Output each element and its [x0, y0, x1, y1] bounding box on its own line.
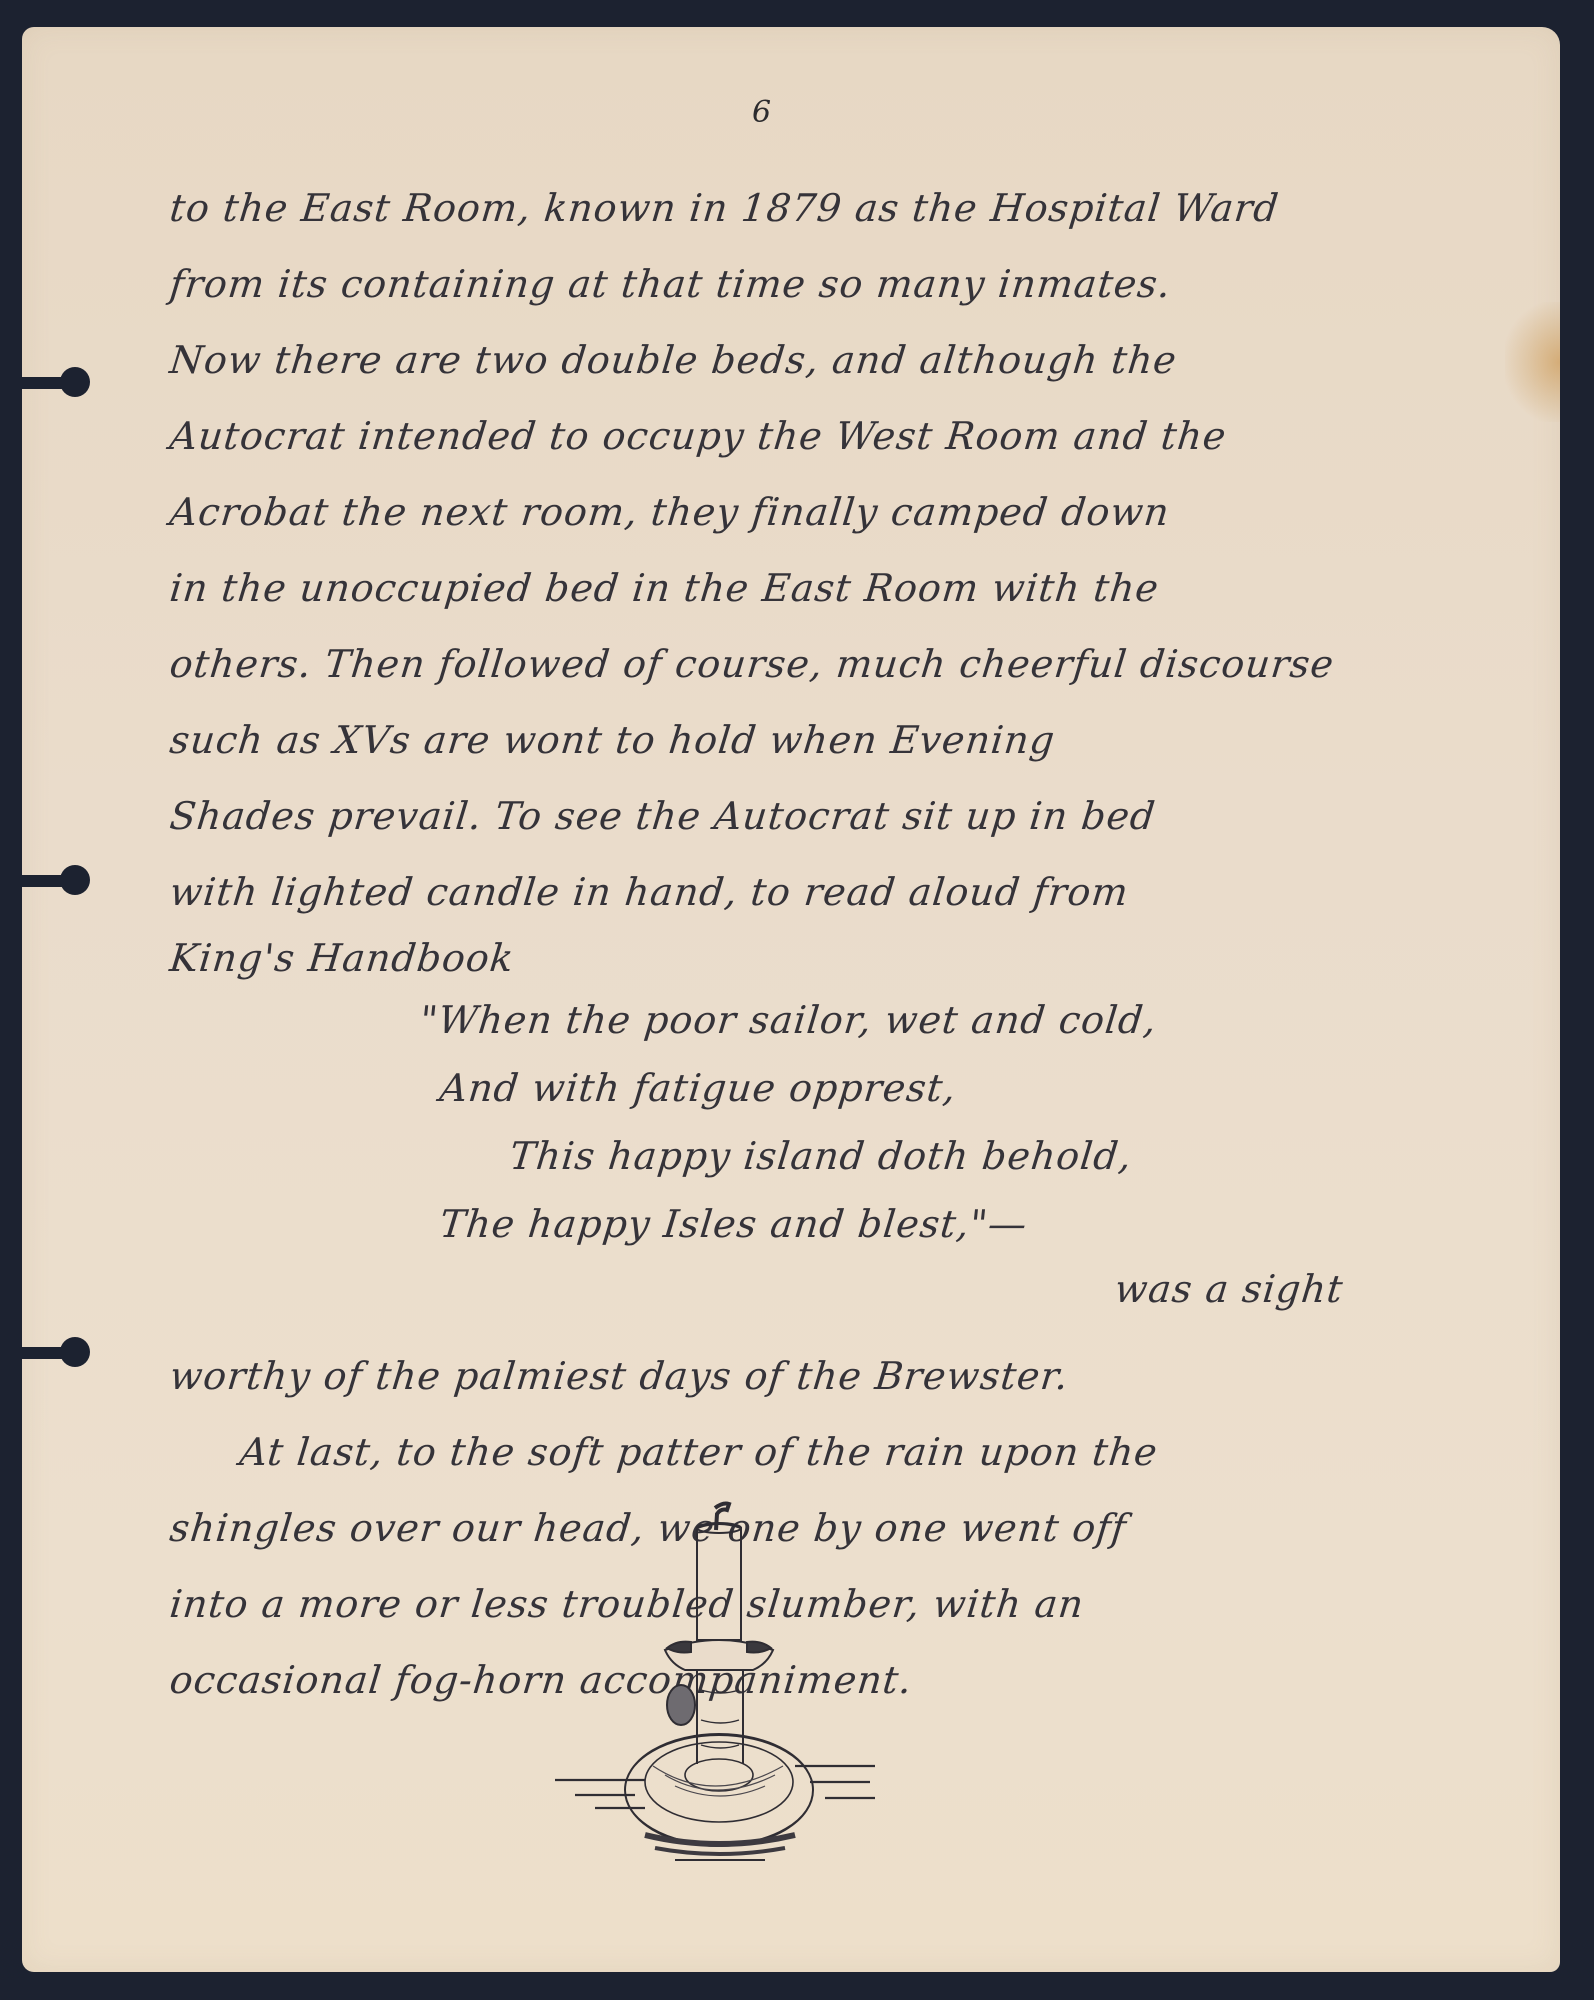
page-number: 6 — [752, 95, 771, 130]
text-line: Autocrat intended to occupy the West Roo… — [166, 398, 1434, 474]
paper-stain — [1505, 302, 1560, 422]
verse-line: "When the poor sailor, wet and cold, — [166, 986, 1433, 1054]
text-line: King's Handbook — [167, 930, 1433, 986]
text-line: such as XVs are wont to hold when Evenin… — [166, 702, 1434, 778]
verse-line: The happy Isles and blest,"— — [166, 1190, 1433, 1258]
text-line: worthy of the palmiest days of the Brews… — [166, 1338, 1434, 1414]
text-line: Shades prevail. To see the Autocrat sit … — [166, 778, 1434, 854]
text-line: Now there are two double beds, and altho… — [166, 322, 1434, 398]
binding-hole-bottom — [0, 1335, 100, 1369]
manuscript-text: to the East Room, known in 1879 as the H… — [170, 170, 1430, 1718]
verse-line: And with fatigue opprest, — [166, 1054, 1433, 1122]
candle-drawing-icon — [525, 1490, 885, 1870]
binding-hole-top — [0, 365, 100, 399]
quoted-verse: "When the poor sailor, wet and cold, And… — [170, 986, 1430, 1320]
text-line: with lighted candle in hand, to read alo… — [166, 854, 1434, 930]
text-line: others. Then followed of course, much ch… — [166, 626, 1434, 702]
text-line: to the East Room, known in 1879 as the H… — [166, 170, 1434, 246]
verse-line: This happy island doth behold, — [166, 1122, 1433, 1190]
binding-hole-middle — [0, 863, 100, 897]
paragraph-1: to the East Room, known in 1879 as the H… — [170, 170, 1430, 986]
verse-continuation: was a sight — [167, 1258, 1434, 1320]
text-line: from its containing at that time so many… — [166, 246, 1434, 322]
candle-illustration — [525, 1490, 885, 1870]
text-line: At last, to the soft patter of the rain … — [166, 1414, 1434, 1490]
text-line: Acrobat the next room, they finally camp… — [166, 474, 1434, 550]
text-line: in the unoccupied bed in the East Room w… — [166, 550, 1434, 626]
